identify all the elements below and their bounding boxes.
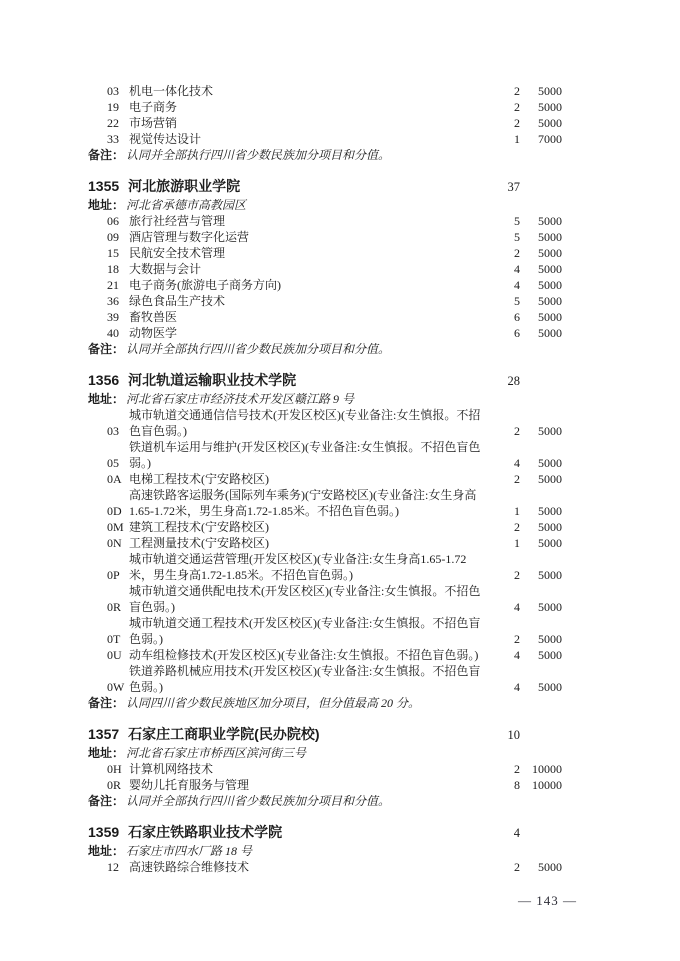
note-label: 备注：	[88, 793, 124, 809]
page-number: — 143 —	[518, 893, 577, 909]
major-fee: 5000	[520, 309, 562, 325]
major-code: 12	[107, 859, 129, 875]
major-fee: 7000	[520, 131, 562, 147]
major-name: 城市轨道交通运营管理(开发区校区)(专业备注:女生身高1.65-1.72米，男生…	[129, 551, 496, 583]
major-fee: 5000	[520, 647, 562, 663]
major-name: 建筑工程技术(宁安路校区)	[129, 519, 496, 535]
major-code: 0R	[107, 777, 129, 793]
major-quota: 5	[496, 229, 520, 245]
major-code: 0N	[107, 535, 129, 551]
major-quota: 4	[496, 261, 520, 277]
note-value: 认同并全部执行四川省少数民族加分项目和分值。	[126, 147, 390, 163]
note-row: 备注： 认同四川省少数民族地区加分项目，但分值最高 20 分。	[88, 695, 562, 711]
page-content: 03 机电一体化技术 2 5000 19 电子商务 2 5000 22 市场营销…	[88, 83, 562, 875]
major-quota: 2	[496, 859, 520, 875]
note-label: 备注：	[88, 147, 124, 163]
school-header: 1357 石家庄工商职业学院(民办院校) 10	[88, 725, 562, 745]
school-header: 1356 河北轨道运输职业技术学院 28	[88, 371, 562, 391]
major-name: 电子商务(旅游电子商务方向)	[129, 277, 496, 293]
major-code: 0R	[107, 599, 129, 615]
major-name: 电梯工程技术(宁安路校区)	[129, 471, 496, 487]
major-fee: 10000	[520, 777, 562, 793]
major-quota: 2	[496, 115, 520, 131]
major-code: 0H	[107, 761, 129, 777]
major-row: 0W 铁道养路机械应用技术(开发区校区)(专业备注:女生慎报。不招色盲色弱。) …	[88, 663, 562, 695]
school-code: 1355	[88, 177, 119, 196]
major-code: 40	[107, 325, 129, 341]
major-row: 15 民航安全技术管理 2 5000	[88, 245, 562, 261]
address-value: 河北省石家庄市经济技术开发区赣江路 9 号	[126, 391, 354, 407]
major-quota: 4	[496, 647, 520, 663]
school-total: 10	[494, 726, 520, 745]
major-quota: 2	[496, 423, 520, 439]
major-fee: 5000	[520, 679, 562, 695]
catalog-page: { "labels": { "address": "地址：", "note": …	[0, 0, 680, 961]
major-fee: 5000	[520, 599, 562, 615]
major-quota: 2	[496, 83, 520, 99]
major-fee: 5000	[520, 213, 562, 229]
major-quota: 8	[496, 777, 520, 793]
major-fee: 5000	[520, 83, 562, 99]
school-name: 河北轨道运输职业技术学院	[128, 371, 494, 390]
major-name: 工程测量技术(宁安路校区)	[129, 535, 496, 551]
major-code: 09	[107, 229, 129, 245]
address-label: 地址：	[88, 843, 124, 859]
major-quota: 2	[496, 761, 520, 777]
major-quota: 4	[496, 679, 520, 695]
major-row: 06 旅行社经营与管理 5 5000	[88, 213, 562, 229]
major-code: 19	[107, 99, 129, 115]
major-fee: 5000	[520, 277, 562, 293]
major-name: 机电一体化技术	[129, 83, 496, 99]
major-name: 动物医学	[129, 325, 496, 341]
major-row: 0P 城市轨道交通运营管理(开发区校区)(专业备注:女生身高1.65-1.72米…	[88, 551, 562, 583]
major-fee: 5000	[520, 99, 562, 115]
major-quota: 2	[496, 245, 520, 261]
major-name: 铁道养路机械应用技术(开发区校区)(专业备注:女生慎报。不招色盲色弱。)	[129, 663, 496, 695]
address-label: 地址：	[88, 745, 124, 761]
major-fee: 5000	[520, 471, 562, 487]
major-quota: 4	[496, 455, 520, 471]
address-value: 石家庄市四水厂路 18 号	[126, 843, 252, 859]
major-name: 城市轨道交通工程技术(开发区校区)(专业备注:女生慎报。不招色盲色弱。)	[129, 615, 496, 647]
school-section-1359: 1359 石家庄铁路职业技术学院 4 地址： 石家庄市四水厂路 18 号 12 …	[88, 823, 562, 875]
major-code: 0T	[107, 631, 129, 647]
school-section-1357: 1357 石家庄工商职业学院(民办院校) 10 地址： 河北省石家庄市桥西区滨河…	[88, 725, 562, 809]
note-row: 备注： 认同并全部执行四川省少数民族加分项目和分值。	[88, 147, 562, 163]
major-quota: 2	[496, 519, 520, 535]
major-code: 03	[107, 423, 129, 439]
major-row: 0H 计算机网络技术 2 10000	[88, 761, 562, 777]
school-total: 4	[494, 824, 520, 843]
major-code: 06	[107, 213, 129, 229]
major-row: 19 电子商务 2 5000	[88, 99, 562, 115]
address-label: 地址：	[88, 391, 124, 407]
major-name: 民航安全技术管理	[129, 245, 496, 261]
major-fee: 5000	[520, 293, 562, 309]
major-row: 40 动物医学 6 5000	[88, 325, 562, 341]
major-code: 39	[107, 309, 129, 325]
major-fee: 5000	[520, 503, 562, 519]
address-value: 河北省石家庄市桥西区滨河街三号	[126, 745, 306, 761]
major-row: 03 城市轨道交通通信信号技术(开发区校区)(专业备注:女生慎报。不招色盲色弱。…	[88, 407, 562, 439]
school-section-continuation: 03 机电一体化技术 2 5000 19 电子商务 2 5000 22 市场营销…	[88, 83, 562, 163]
major-name: 畜牧兽医	[129, 309, 496, 325]
note-row: 备注： 认同并全部执行四川省少数民族加分项目和分值。	[88, 341, 562, 357]
major-fee: 5000	[520, 325, 562, 341]
major-name: 旅行社经营与管理	[129, 213, 496, 229]
major-code: 05	[107, 455, 129, 471]
address-row: 地址： 石家庄市四水厂路 18 号	[88, 843, 562, 859]
note-row: 备注： 认同并全部执行四川省少数民族加分项目和分值。	[88, 793, 562, 809]
major-name: 绿色食品生产技术	[129, 293, 496, 309]
major-row: 33 视觉传达设计 1 7000	[88, 131, 562, 147]
major-quota: 5	[496, 213, 520, 229]
major-name: 动车组检修技术(开发区校区)(专业备注:女生慎报。不招色盲色弱。)	[129, 647, 496, 663]
major-name: 酒店管理与数字化运营	[129, 229, 496, 245]
note-value: 认同四川省少数民族地区加分项目，但分值最高 20 分。	[126, 695, 420, 711]
major-name: 电子商务	[129, 99, 496, 115]
school-section-1355: 1355 河北旅游职业学院 37 地址： 河北省承德市高教园区 06 旅行社经营…	[88, 177, 562, 357]
major-quota: 2	[496, 567, 520, 583]
school-code: 1357	[88, 725, 119, 744]
major-quota: 4	[496, 277, 520, 293]
school-name: 石家庄铁路职业技术学院	[128, 823, 494, 842]
major-fee: 5000	[520, 423, 562, 439]
major-row: 0R 婴幼儿托育服务与管理 8 10000	[88, 777, 562, 793]
major-row: 03 机电一体化技术 2 5000	[88, 83, 562, 99]
major-name: 计算机网络技术	[129, 761, 496, 777]
major-row: 09 酒店管理与数字化运营 5 5000	[88, 229, 562, 245]
major-name: 视觉传达设计	[129, 131, 496, 147]
address-row: 地址： 河北省承德市高教园区	[88, 197, 562, 213]
major-code: 33	[107, 131, 129, 147]
major-code: 0W	[107, 679, 129, 695]
major-row: 12 高速铁路综合维修技术 2 5000	[88, 859, 562, 875]
major-code: 0A	[107, 471, 129, 487]
note-value: 认同并全部执行四川省少数民族加分项目和分值。	[126, 341, 390, 357]
major-row: 0A 电梯工程技术(宁安路校区) 2 5000	[88, 471, 562, 487]
major-code: 36	[107, 293, 129, 309]
major-fee: 5000	[520, 535, 562, 551]
major-name: 高速铁路综合维修技术	[129, 859, 496, 875]
major-row: 36 绿色食品生产技术 5 5000	[88, 293, 562, 309]
major-quota: 1	[496, 503, 520, 519]
major-fee: 5000	[520, 519, 562, 535]
major-row: 39 畜牧兽医 6 5000	[88, 309, 562, 325]
major-row: 22 市场营销 2 5000	[88, 115, 562, 131]
school-header: 1359 石家庄铁路职业技术学院 4	[88, 823, 562, 843]
school-code: 1356	[88, 371, 119, 390]
major-fee: 5000	[520, 261, 562, 277]
major-code: 0D	[107, 503, 129, 519]
major-row: 18 大数据与会计 4 5000	[88, 261, 562, 277]
school-code: 1359	[88, 823, 119, 842]
major-quota: 2	[496, 471, 520, 487]
note-value: 认同并全部执行四川省少数民族加分项目和分值。	[126, 793, 390, 809]
major-name: 铁道机车运用与维护(开发区校区)(专业备注:女生慎报。不招色盲色弱。)	[129, 439, 496, 471]
major-quota: 1	[496, 131, 520, 147]
major-row: 0D 高速铁路客运服务(国际列车乘务)(宁安路校区)(专业备注:女生身高1.65…	[88, 487, 562, 519]
major-quota: 1	[496, 535, 520, 551]
school-name: 石家庄工商职业学院(民办院校)	[128, 725, 494, 744]
major-row: 0U 动车组检修技术(开发区校区)(专业备注:女生慎报。不招色盲色弱。) 4 5…	[88, 647, 562, 663]
major-row: 0N 工程测量技术(宁安路校区) 1 5000	[88, 535, 562, 551]
major-fee: 5000	[520, 229, 562, 245]
major-name: 城市轨道交通供配电技术(开发区校区)(专业备注:女生慎报。不招色盲色弱。)	[129, 583, 496, 615]
school-section-1356: 1356 河北轨道运输职业技术学院 28 地址： 河北省石家庄市经济技术开发区赣…	[88, 371, 562, 711]
major-name: 高速铁路客运服务(国际列车乘务)(宁安路校区)(专业备注:女生身高1.65-1.…	[129, 487, 496, 519]
major-fee: 5000	[520, 455, 562, 471]
major-quota: 5	[496, 293, 520, 309]
address-label: 地址：	[88, 197, 124, 213]
major-quota: 6	[496, 309, 520, 325]
school-total: 28	[494, 372, 520, 391]
school-name: 河北旅游职业学院	[128, 177, 494, 196]
major-name: 婴幼儿托育服务与管理	[129, 777, 496, 793]
major-quota: 6	[496, 325, 520, 341]
major-code: 0M	[107, 519, 129, 535]
major-quota: 4	[496, 599, 520, 615]
major-quota: 2	[496, 99, 520, 115]
major-fee: 5000	[520, 567, 562, 583]
major-code: 0P	[107, 567, 129, 583]
major-row: 0R 城市轨道交通供配电技术(开发区校区)(专业备注:女生慎报。不招色盲色弱。)…	[88, 583, 562, 615]
major-row: 0T 城市轨道交通工程技术(开发区校区)(专业备注:女生慎报。不招色盲色弱。) …	[88, 615, 562, 647]
major-fee: 5000	[520, 115, 562, 131]
major-fee: 10000	[520, 761, 562, 777]
note-label: 备注：	[88, 695, 124, 711]
major-name: 市场营销	[129, 115, 496, 131]
school-total: 37	[494, 178, 520, 197]
major-fee: 5000	[520, 631, 562, 647]
major-code: 03	[107, 83, 129, 99]
note-label: 备注：	[88, 341, 124, 357]
major-fee: 5000	[520, 245, 562, 261]
major-code: 22	[107, 115, 129, 131]
major-name: 城市轨道交通通信信号技术(开发区校区)(专业备注:女生慎报。不招色盲色弱。)	[129, 407, 496, 439]
address-value: 河北省承德市高教园区	[126, 197, 246, 213]
major-fee: 5000	[520, 859, 562, 875]
major-row: 0M 建筑工程技术(宁安路校区) 2 5000	[88, 519, 562, 535]
major-name: 大数据与会计	[129, 261, 496, 277]
major-quota: 2	[496, 631, 520, 647]
major-code: 0U	[107, 647, 129, 663]
major-row: 21 电子商务(旅游电子商务方向) 4 5000	[88, 277, 562, 293]
address-row: 地址： 河北省石家庄市桥西区滨河街三号	[88, 745, 562, 761]
school-header: 1355 河北旅游职业学院 37	[88, 177, 562, 197]
major-code: 21	[107, 277, 129, 293]
major-row: 05 铁道机车运用与维护(开发区校区)(专业备注:女生慎报。不招色盲色弱。) 4…	[88, 439, 562, 471]
major-code: 15	[107, 245, 129, 261]
major-code: 18	[107, 261, 129, 277]
address-row: 地址： 河北省石家庄市经济技术开发区赣江路 9 号	[88, 391, 562, 407]
